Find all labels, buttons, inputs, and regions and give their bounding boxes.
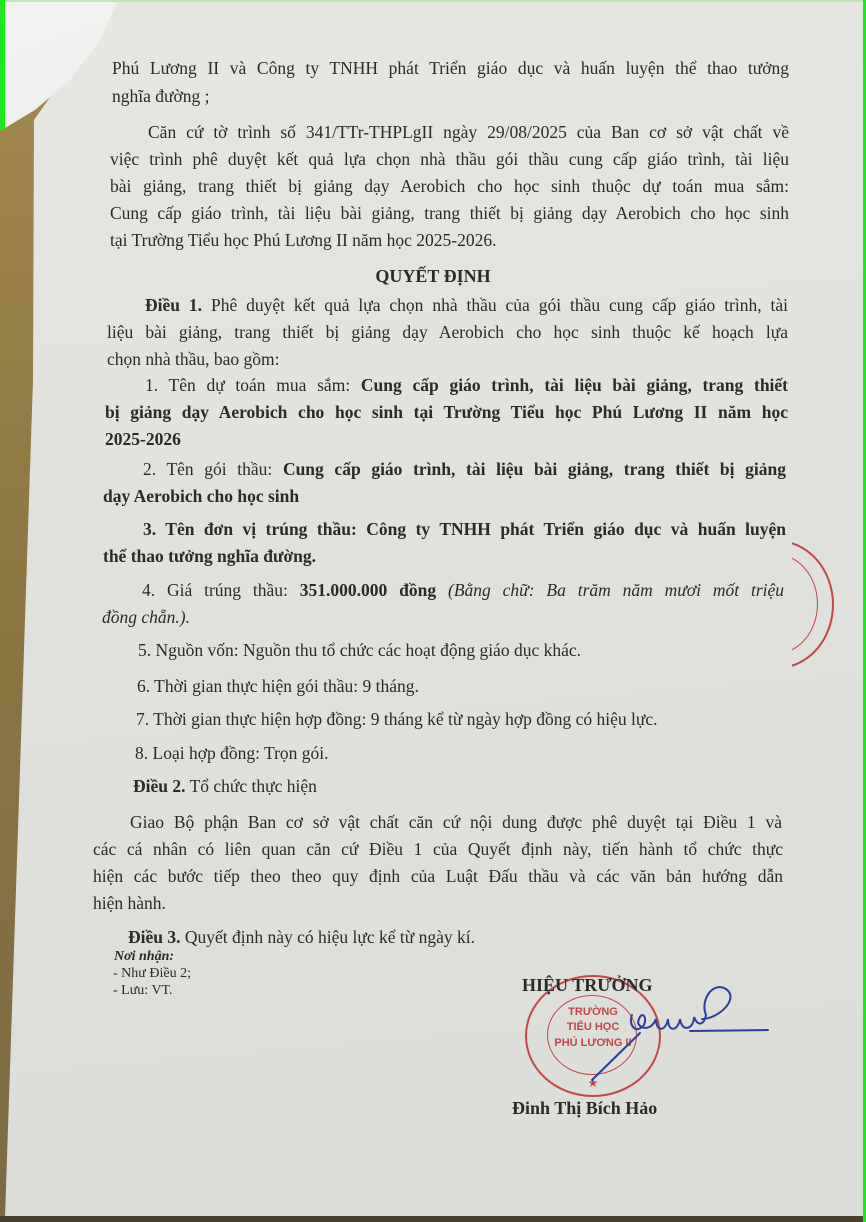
recipient-item: - Lưu: VT. [113, 982, 173, 1000]
article2-line: hiện hành. [93, 890, 166, 918]
basis-line: Cung cấp giáo trình, tài liệu bài giảng,… [110, 200, 789, 228]
recipients-heading: Nơi nhận: [114, 948, 174, 966]
side-seal-text: II [752, 605, 772, 619]
basis-line: việc trình phê duyệt kết quả lựa chọn nh… [110, 146, 789, 174]
item-2: 2. Tên gói thầu: Cung cấp giáo trình, tà… [143, 456, 786, 484]
side-seal-stamp: C II [720, 540, 834, 669]
item-5: 5. Nguồn vốn: Nguồn thu tổ chức các hoạt… [138, 637, 581, 665]
item-1-label: 1. Tên dự toán mua sắm: [145, 375, 350, 395]
item-3-value: thể thao tưởng nghĩa đường. [103, 543, 316, 571]
item-3-value: Công ty TNHH phát Triển giáo dục và huấn… [366, 519, 786, 539]
handwritten-signature [570, 975, 780, 1095]
signatory-name: Đinh Thị Bích Hảo [512, 1095, 657, 1123]
article2-label: Điều 2. [133, 776, 186, 796]
item-3: 3. Tên đơn vị trúng thầu: Công ty TNHH p… [143, 516, 786, 544]
item-8: 8. Loại hợp đồng: Trọn gói. [135, 740, 329, 768]
document-content: Phú Lương II và Công ty TNHH phát Triển … [0, 0, 866, 1222]
item-4-amount-words: (Bằng chữ: Ba trăm năm mươi mốt triệu [448, 580, 784, 600]
article3: Điều 3. Quyết định này có hiệu lực kể từ… [128, 924, 475, 952]
intro-line: Phú Lương II và Công ty TNHH phát Triển … [112, 55, 789, 83]
basis-line: bài giảng, trang thiết bị giảng dạy Aero… [110, 173, 789, 201]
article2-line: Giao Bộ phận Ban cơ sở vật chất căn cứ n… [130, 809, 782, 837]
item-2-value: dạy Aerobich cho học sinh [103, 483, 299, 511]
item-1-value: bị giảng dạy Aerobich cho học sinh tại T… [105, 399, 788, 427]
item-3-label: 3. Tên đơn vị trúng thầu: [143, 519, 357, 539]
article1-text: Phê duyệt kết quả lựa chọn nhà thầu của … [211, 295, 788, 315]
item-1-value: Cung cấp giáo trình, tài liệu bài giảng,… [361, 375, 788, 395]
article1-line: Điều 1. Phê duyệt kết quả lựa chọn nhà t… [145, 292, 788, 320]
item-2-value: Cung cấp giáo trình, tài liệu bài giảng,… [283, 459, 786, 479]
article2-line: hiện các bước tiếp theo theo quy định củ… [93, 863, 783, 891]
article2-title: Tổ chức thực hiện [190, 776, 317, 796]
recipient-item: - Như Điều 2; [113, 965, 191, 983]
item-1-value: 2025-2026 [105, 426, 181, 454]
item-7: 7. Thời gian thực hiện hợp đồng: 9 tháng… [136, 706, 658, 734]
intro-line: nghĩa đường ; [112, 83, 209, 111]
item-4: 4. Giá trúng thầu: 351.000.000 đồng (Bằn… [142, 577, 784, 605]
article3-text: Quyết định này có hiệu lực kể từ ngày kí… [185, 927, 475, 947]
article1-line: chọn nhà thầu, bao gồm: [107, 346, 280, 374]
item-6: 6. Thời gian thực hiện gói thầu: 9 tháng… [137, 673, 419, 701]
article2-line: các cá nhân có liên quan căn cứ Điều 1 c… [93, 836, 783, 864]
article2-heading: Điều 2. Tổ chức thực hiện [133, 773, 317, 801]
item-2-label: 2. Tên gói thầu: [143, 459, 272, 479]
item-4-amount: 351.000.000 đồng [300, 580, 436, 600]
article1-label: Điều 1. [145, 295, 202, 315]
article1-line: liệu bài giảng, trang thiết bị giảng dạy… [107, 319, 788, 347]
basis-line: Căn cứ tờ trình số 341/TTr-THPLgII ngày … [148, 119, 789, 147]
item-4-label: 4. Giá trúng thầu: [142, 580, 288, 600]
decision-heading: QUYẾT ĐỊNH [0, 263, 866, 291]
item-1: 1. Tên dự toán mua sắm: Cung cấp giáo tr… [145, 372, 788, 400]
basis-line: tại Trường Tiểu học Phú Lương II năm học… [110, 227, 497, 255]
article3-label: Điều 3. [128, 927, 181, 947]
item-4-amount-words: đồng chẵn.). [102, 604, 190, 632]
